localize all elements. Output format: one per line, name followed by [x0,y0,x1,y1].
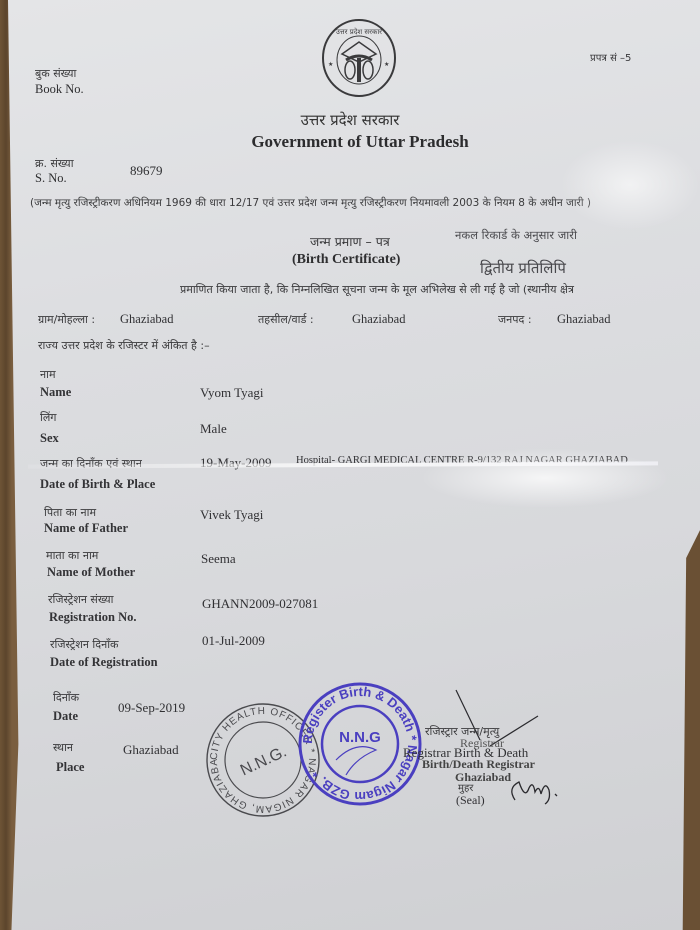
seal-label: (Seal) [456,793,485,808]
form-number: प्रपत्र सं –5 [590,50,631,64]
issue-place-label-hi: स्थान [53,740,73,755]
dob-label: Date of Birth & Place [40,477,155,492]
svg-text:★: ★ [384,61,389,68]
issue-date-value: 09-Sep-2019 [118,700,185,716]
district-label: जनपद : [498,312,532,327]
svg-text:N.N.G: N.N.G [339,729,381,746]
up-government-emblem-icon: उत्तर प्रदेश सरकार ★ ★ [320,18,398,98]
sex-label-hi: लिंग [40,410,57,425]
registration-date-value: 01-Jul-2009 [202,633,265,649]
serial-no-value: 89679 [130,163,163,179]
village-label: ग्राम/मोहल्ला : [38,312,95,327]
birth-certificate-title-hi: जन्म प्रमाण – पत्र [310,233,390,250]
father-value: Vivek Tyagi [200,507,263,523]
duplicate-copy-mark: द्वितीय प्रतिलिपि [480,258,566,278]
father-label: Name of Father [44,521,128,536]
mother-label: Name of Mother [47,565,135,580]
father-label-hi: पिता का नाम [44,505,96,520]
copy-note: नकल रिकार्ड के अनुसार जारी [455,228,577,243]
registration-date-label-hi: रजिस्ट्रेशन दिनाँक [50,637,119,652]
district-value: Ghaziabad [557,312,610,327]
registrar-signature-icon [505,770,575,810]
name-label: Name [40,385,71,400]
mother-label-hi: माता का नाम [46,548,98,563]
name-value: Vyom Tyagi [200,385,264,401]
registration-no-label-hi: रजिस्ट्रेशन संख्या [48,592,114,607]
register-text: राज्य उत्तर प्रदेश के रजिस्टर में अंकित … [38,338,210,353]
village-value: Ghaziabad [120,312,173,327]
issue-place-label: Place [56,760,84,775]
sex-label: Sex [40,431,59,446]
glare [560,140,700,230]
birth-certificate-title: (Birth Certificate) [292,252,400,268]
svg-text:★: ★ [328,61,333,68]
government-title-hi: उत्तर प्रदेश सरकार [0,110,700,130]
registration-date-label: Date of Registration [50,655,158,670]
issue-date-label-hi: दिनाँक [53,690,79,705]
tehsil-label: तहसील/वार्ड : [258,312,314,327]
registration-no-value: GHANN2009-027081 [202,596,318,612]
book-no-label-hi: बुक संख्या [35,66,76,81]
seal-label-hi: मुहर [458,780,473,794]
sex-value: Male [200,421,227,437]
serial-no-label: S. No. [35,171,67,186]
registration-no-label: Registration No. [49,610,137,625]
name-label-hi: नाम [40,367,56,382]
certification-text: प्रमाणित किया जाता है, कि निम्नलिखित सूच… [180,282,574,297]
mother-value: Seema [201,551,236,567]
glare [420,448,670,508]
serial-no-label-hi: क्र. संख्या [35,156,74,171]
book-no-label: Book No. [35,82,84,97]
registrar-birth-death-stamp-icon: Register Birth & Death * Nagar Nigam GZB… [296,680,424,808]
svg-text:N.N.G.: N.N.G. [238,743,289,779]
tehsil-value: Ghaziabad [352,312,405,327]
issue-date-label: Date [53,709,78,724]
issue-place-value: Ghaziabad [123,742,179,758]
svg-text:उत्तर प्रदेश सरकार: उत्तर प्रदेश सरकार [336,27,382,36]
